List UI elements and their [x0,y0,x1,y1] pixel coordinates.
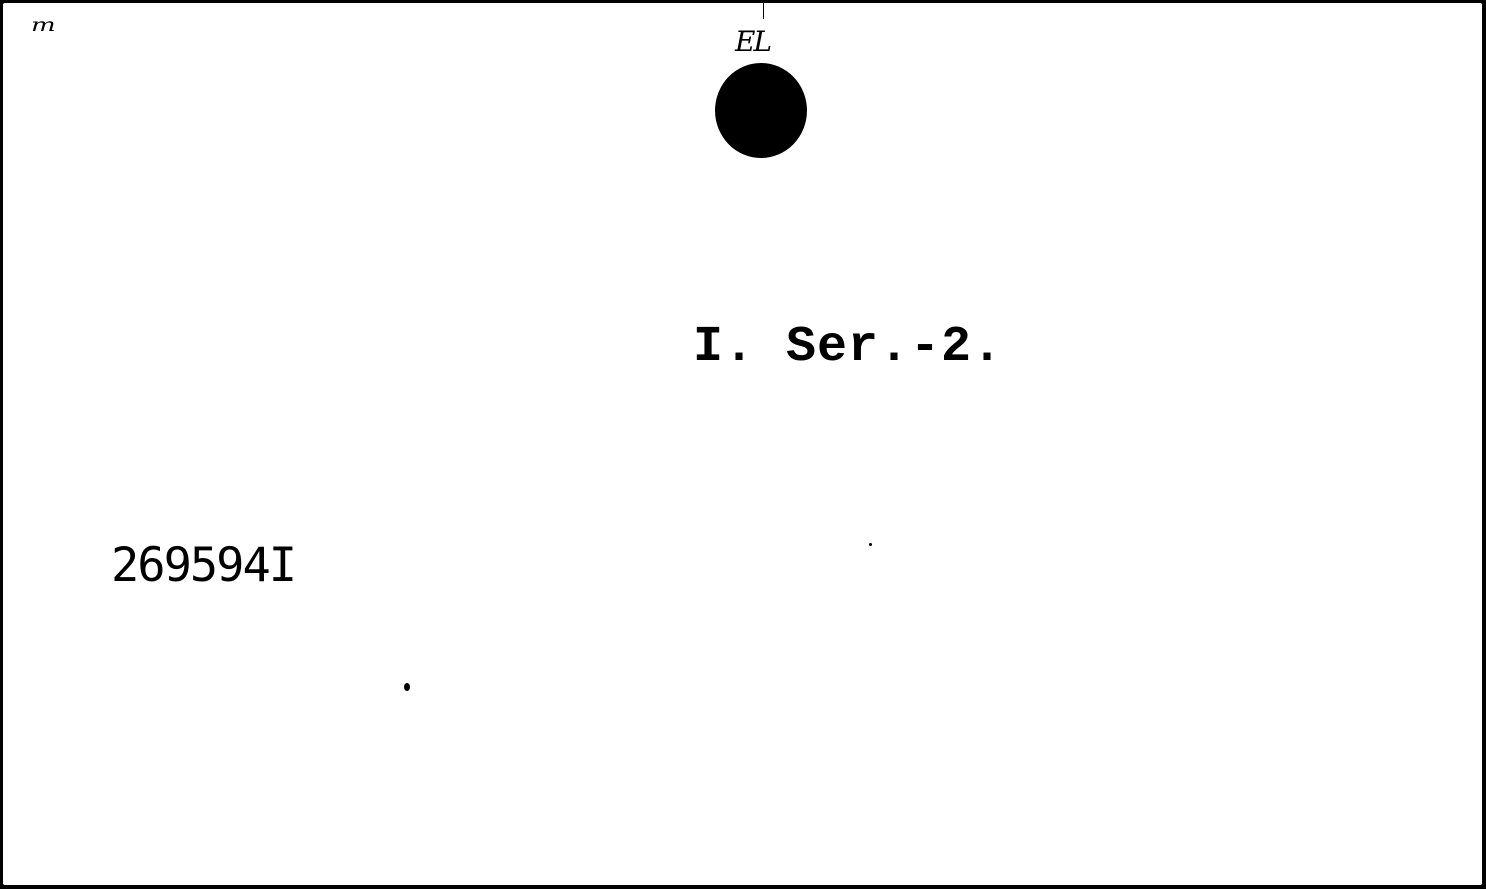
punch-hole [715,63,807,158]
accession-number: 269594I [111,538,295,593]
index-card: m EL I. Ser.-2. 269594I [3,3,1482,885]
corner-handwritten-mark: m [31,15,56,36]
top-handwritten-annotation: EL [735,25,770,58]
pencil-guide-line [763,3,764,19]
series-label: I. Ser.-2. [693,319,1003,376]
ink-speck [869,543,872,546]
ink-speck [404,683,410,691]
